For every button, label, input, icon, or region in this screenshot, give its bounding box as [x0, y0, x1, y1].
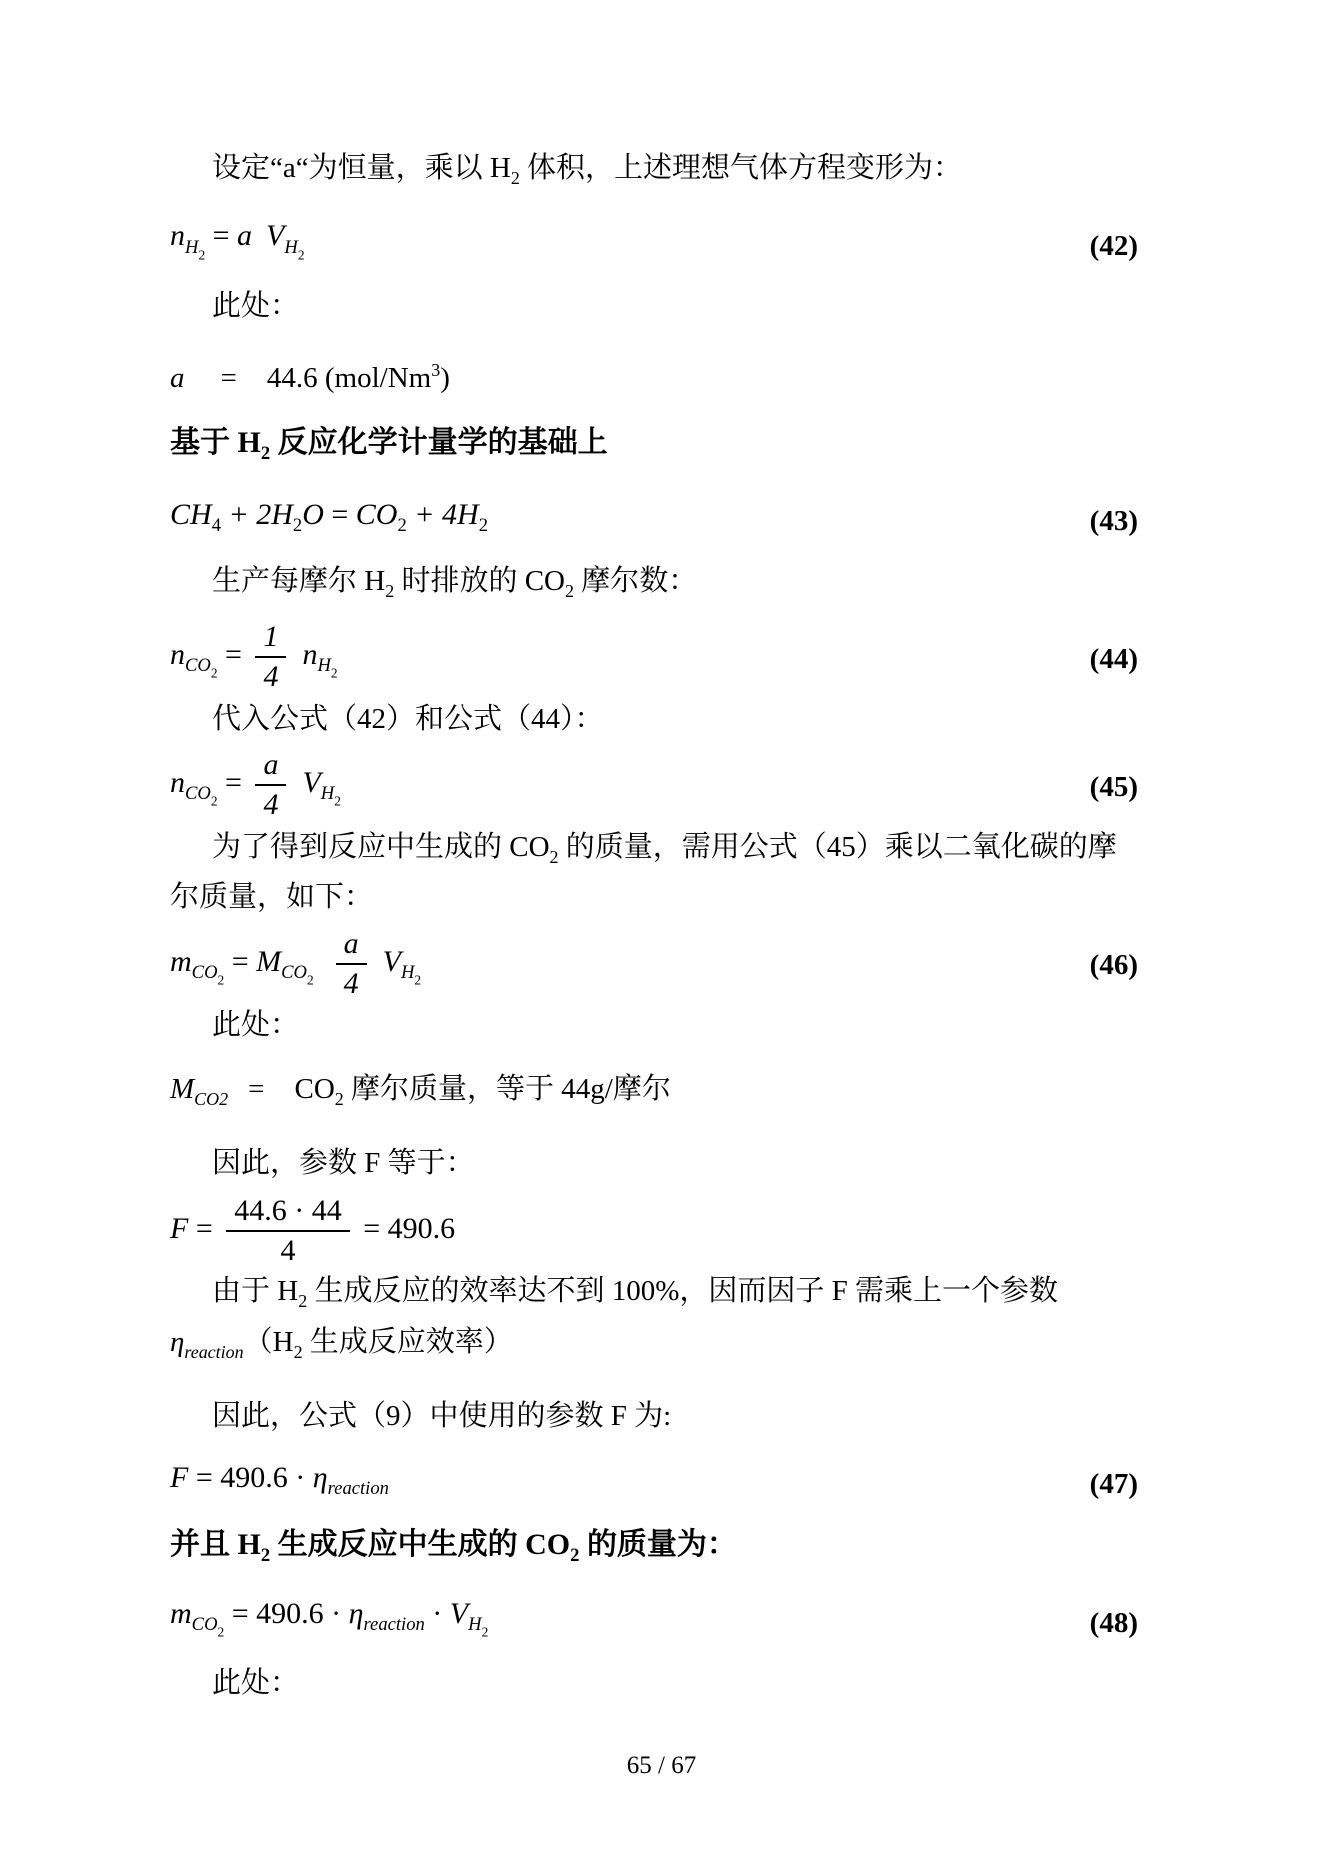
equation-48: mCO2 = 490.6 · ηreaction · VH2(48): [170, 1599, 1138, 1647]
text-run: 摩尔质量，等于 44g/摩尔: [344, 1073, 671, 1105]
text-run: =: [218, 638, 250, 671]
subscript: 2: [261, 1545, 270, 1566]
subscript: CO2: [192, 962, 225, 983]
text-run: =: [205, 219, 237, 252]
text-run: n: [170, 638, 185, 671]
heading-co2-mass: 并且 H2 生成反应中生成的 CO2 的质量为：: [170, 1524, 1138, 1576]
text-run: ): [440, 362, 450, 394]
equation-number: (45): [1090, 763, 1138, 811]
subscript: 2: [298, 247, 305, 262]
text-run: V: [450, 1597, 468, 1630]
subscript: 2: [211, 666, 218, 681]
subscript: 2: [294, 1342, 303, 1362]
paragraph-setup: 设定“a“为恒量，乘以 H2 体积，上述理想气体方程变形为：: [170, 148, 1138, 199]
formula: mCO2 = MCO2a4VH2: [170, 926, 421, 1005]
text-run: 2: [334, 794, 341, 809]
text-run: 为了得到反应中生成的 CO: [212, 831, 550, 863]
subscript: CO2: [185, 655, 218, 676]
text-run: H: [185, 237, 198, 258]
equation-46: mCO2 = MCO2a4VH2(46): [170, 941, 1138, 989]
paragraph-here-3: 此处：: [170, 1663, 1138, 1704]
text-run: 体积，上述理想气体方程变形为：: [520, 152, 962, 184]
formula: nCO2 = a4VH2: [170, 747, 341, 826]
text-run: F: [170, 1461, 188, 1494]
text-run: M: [256, 945, 281, 978]
equation-number: (48): [1090, 1599, 1138, 1647]
subscript: CO2: [192, 1614, 225, 1635]
text-run: 4: [281, 1234, 296, 1267]
subscript: H2: [321, 783, 341, 804]
equation-43: CH4 + 2H2O = CO2 + 4H2(43): [170, 497, 1138, 545]
formula: mCO2 = 490.6 · ηreaction · VH2: [170, 1590, 488, 1657]
text-run: =: [218, 766, 250, 799]
text-run: reaction: [328, 1478, 389, 1499]
text-run: 2: [385, 581, 394, 601]
text-run: 2: [414, 973, 421, 988]
text-run: η: [349, 1597, 364, 1630]
text-run: 此处：: [212, 1667, 299, 1699]
text-run: ·: [425, 1597, 450, 1630]
subscript: H2: [317, 655, 337, 676]
formula: CH4 + 2H2O = CO2 + 4H2: [170, 491, 488, 550]
text-run: V: [302, 766, 320, 799]
text-run: 1: [263, 620, 278, 653]
document-page: 设定“a“为恒量，乘以 H2 体积，上述理想气体方程变形为：nH2 = aVH2…: [0, 0, 1323, 1871]
text-run: 4: [263, 660, 278, 693]
text-run: 时排放的 CO: [394, 565, 565, 597]
subscript: H2: [401, 962, 421, 983]
formula: nH2 = aVH2: [170, 212, 305, 279]
definition-m-co2: MCO2=CO2 摩尔质量，等于 44g/摩尔: [170, 1069, 1138, 1120]
text-run: 基于 H: [170, 426, 261, 459]
text-run: =: [188, 1212, 220, 1245]
subscript: CO2: [194, 1089, 228, 1109]
subscript: 2: [298, 1291, 307, 1311]
text-run: 2: [307, 973, 314, 988]
text-run: 2: [565, 581, 574, 601]
subscript: H2: [284, 237, 304, 258]
text-run: m: [170, 1597, 192, 1630]
subscript: reaction: [328, 1478, 389, 1499]
paragraph-here-1: 此处：: [170, 286, 1138, 327]
text-run: 由于 H: [212, 1275, 298, 1307]
text-run: = 490.6: [356, 1212, 455, 1245]
text-run: 的质量为：: [579, 1528, 737, 1561]
text-run: η: [170, 1326, 184, 1358]
text-run: 2: [550, 846, 559, 866]
equation-number: (44): [1090, 635, 1138, 683]
subscript: 2: [211, 794, 218, 809]
text-run: 2: [211, 794, 218, 809]
text-run: V: [383, 945, 401, 978]
subscript: 2: [550, 846, 559, 866]
text-run: reaction: [364, 1614, 425, 1635]
text-run: n: [170, 766, 185, 799]
subscript: 2: [307, 973, 314, 988]
fraction-denominator: 4: [281, 1232, 296, 1269]
text-run: 2: [511, 168, 520, 188]
subscript: 2: [397, 515, 406, 536]
text-run: H: [284, 237, 297, 258]
paragraph-efficiency: 由于 H2 生成反应的效率达不到 100%，因而因子 F 需乘上一个参数 ηre…: [170, 1271, 1138, 1373]
text-run: 摩尔数：: [574, 565, 697, 597]
text-run: 2: [261, 1545, 270, 1566]
fraction-numerator: a: [336, 926, 367, 965]
equation-number: (46): [1090, 941, 1138, 989]
fraction-denominator: 4: [263, 786, 278, 823]
fraction-numerator: 1: [255, 619, 286, 658]
text-run: + 4H: [407, 498, 479, 531]
text-run: 2: [479, 515, 488, 536]
formula: nCO2 = 14nH2: [170, 619, 338, 698]
text-run: H: [401, 962, 414, 983]
text-run: 4: [344, 967, 359, 1000]
subscript: 2: [511, 168, 520, 188]
text-run: CO: [281, 962, 307, 983]
text-run: η: [313, 1461, 328, 1494]
text-run: CO: [192, 1614, 218, 1635]
subscript: 4: [212, 515, 221, 536]
text-run: O: [302, 498, 324, 531]
subscript: H2: [185, 237, 205, 258]
text-run: = 490.6 ·: [188, 1461, 312, 1494]
text-run: 生产每摩尔 H: [212, 565, 385, 597]
text-run: n: [170, 219, 185, 252]
text-run: 并且 H: [170, 1528, 261, 1561]
fraction-numerator: 44.6 · 44: [226, 1193, 350, 1232]
text-run: = 490.6 ·: [224, 1597, 348, 1630]
text-run: n: [302, 638, 317, 671]
superscript: 3: [431, 360, 440, 380]
paragraph-f-equals: 因此，参数 F 等于：: [170, 1143, 1138, 1184]
subscript: 2: [565, 581, 574, 601]
equation-f-value: F = 44.6 · 444 = 490.6: [170, 1207, 1138, 1255]
fraction-numerator: a: [255, 747, 286, 786]
text-run: H: [468, 1614, 481, 1635]
text-run: 2: [211, 666, 218, 681]
text-run: V: [266, 219, 284, 252]
definition-a: a=44.6 (mol/Nm3): [170, 350, 1138, 399]
text-run: a: [344, 927, 359, 960]
subscript: reaction: [364, 1614, 425, 1635]
subscript: reaction: [184, 1342, 243, 1362]
subscript: 2: [482, 1624, 489, 1639]
text-run: CO: [356, 498, 398, 531]
subscript: CO2: [185, 783, 218, 804]
subscript: H2: [468, 1614, 488, 1635]
equation-44: nCO2 = 14nH2(44): [170, 635, 1138, 683]
subscript: 2: [293, 515, 302, 536]
paragraph-substitute: 代入公式（42）和公式（44）：: [170, 699, 1138, 740]
text-run: m: [170, 945, 192, 978]
text-run: CO: [192, 962, 218, 983]
text-run: 2: [294, 1342, 303, 1362]
text-run: =: [221, 362, 237, 394]
text-run: 此处：: [212, 1009, 299, 1041]
text-run: CO2: [194, 1089, 228, 1109]
text-run: 2: [261, 443, 270, 464]
paragraph-f-formula9: 因此，公式（9）中使用的参数 F 为:: [170, 1396, 1138, 1437]
text-run: =: [324, 498, 356, 531]
equation-number: (42): [1090, 222, 1138, 270]
subscript: 2: [479, 515, 488, 536]
equation-45: nCO2 = a4VH2(45): [170, 763, 1138, 811]
text-run: 44.6 (mol/Nm: [267, 362, 431, 394]
text-run: 2: [331, 666, 338, 681]
subscript: CO2: [281, 962, 314, 983]
text-run: 3: [431, 360, 440, 380]
text-run: 生成反应的效率达不到 100%，因而因子 F 需乘上一个参数: [307, 1275, 1058, 1307]
text-run: 代入公式（42）和公式（44）：: [212, 703, 604, 735]
formula: F = 44.6 · 444 = 490.6: [170, 1193, 455, 1269]
text-run: 生成反应中生成的 CO: [270, 1528, 570, 1561]
subscript: 2: [331, 666, 338, 681]
text-run: CH: [170, 498, 212, 531]
paragraph-here-2: 此处：: [170, 1005, 1138, 1046]
text-run: 因此，参数 F 等于：: [212, 1147, 475, 1179]
subscript: 2: [335, 1089, 344, 1109]
text-run: H: [317, 655, 330, 676]
text-run: reaction: [184, 1342, 243, 1362]
text-run: M: [170, 1073, 194, 1105]
text-run: F: [170, 1212, 188, 1245]
text-run: a: [170, 362, 185, 394]
text-run: + 2H: [221, 498, 293, 531]
fraction-denominator: 4: [344, 965, 359, 1002]
text-run: CO: [185, 655, 211, 676]
text-run: 4: [212, 515, 221, 536]
formula: F = 490.6 · ηreaction: [170, 1454, 389, 1513]
text-run: 此处：: [212, 290, 299, 322]
fraction: a4: [336, 926, 367, 1002]
text-run: =: [248, 1073, 264, 1105]
paragraph-co2-per-mol: 生产每摩尔 H2 时排放的 CO2 摩尔数：: [170, 561, 1138, 612]
subscript: 2: [385, 581, 394, 601]
text-run: 因此，公式（9）中使用的参数 F 为:: [212, 1400, 671, 1432]
document-content: 设定“a“为恒量，乘以 H2 体积，上述理想气体方程变形为：nH2 = aVH2…: [170, 148, 1138, 1727]
page-number: 65 / 67: [0, 1752, 1323, 1780]
text-run: a: [237, 219, 252, 252]
text-run: 2: [335, 1089, 344, 1109]
heading-stoichiometry: 基于 H2 反应化学计量学的基础上: [170, 422, 1138, 474]
equation-42: nH2 = aVH2(42): [170, 222, 1138, 270]
text-run: （H: [244, 1326, 294, 1358]
text-run: H: [321, 783, 334, 804]
text-run: 2: [298, 247, 305, 262]
subscript: 2: [334, 794, 341, 809]
text-run: 2: [482, 1624, 489, 1639]
text-run: 4: [263, 788, 278, 821]
text-run: CO: [294, 1073, 334, 1105]
text-run: 44.6 · 44: [234, 1194, 342, 1227]
text-run: 设定“a“为恒量，乘以 H: [212, 152, 511, 184]
equation-number: (43): [1090, 497, 1138, 545]
text-run: 2: [397, 515, 406, 536]
equation-number: (47): [1090, 1460, 1138, 1508]
text-run: a: [263, 748, 278, 781]
equation-47: F = 490.6 · ηreaction(47): [170, 1460, 1138, 1508]
paragraph-mass-intro: 为了得到反应中生成的 CO2 的质量，需用公式（45）乘以二氧化碳的摩尔质量，如…: [170, 827, 1138, 919]
text-run: =: [224, 945, 256, 978]
fraction: 44.6 · 444: [226, 1193, 350, 1269]
text-run: 生成反应效率）: [303, 1326, 513, 1358]
text-run: CO: [185, 783, 211, 804]
fraction: a4: [255, 747, 286, 823]
text-run: 2: [293, 515, 302, 536]
fraction-denominator: 4: [263, 658, 278, 695]
subscript: 2: [414, 973, 421, 988]
text-run: 2: [298, 1291, 307, 1311]
text-run: 反应化学计量学的基础上: [270, 426, 608, 459]
fraction: 14: [255, 619, 286, 695]
subscript: 2: [261, 443, 270, 464]
